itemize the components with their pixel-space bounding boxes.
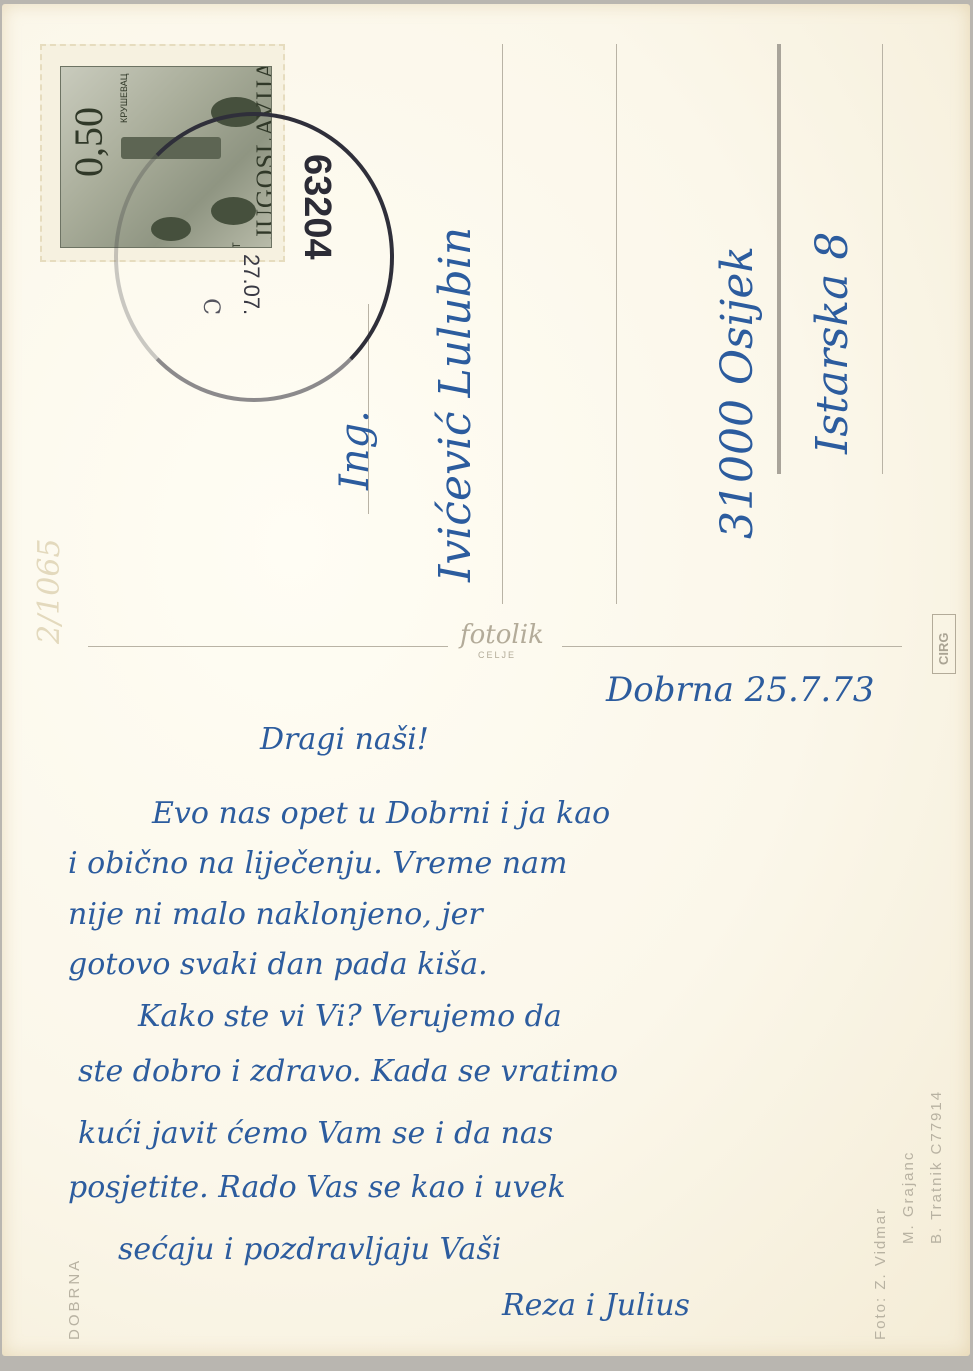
- message-line: nije ni malo naklonjeno, jer: [68, 897, 483, 932]
- address-rule: [882, 44, 883, 474]
- message-line: Evo nas opet u Dobrni i ja kao: [152, 796, 610, 831]
- address-line-1: Ing.: [332, 410, 378, 490]
- message-line: i obično na liječenju. Vreme nam: [68, 846, 567, 881]
- stamp-city: КРУШЕВАЦ: [119, 74, 129, 123]
- divider-line: [88, 646, 448, 647]
- message-line: Kako ste vi Vi? Verujemo da: [138, 999, 562, 1034]
- address-rule: [616, 44, 617, 604]
- address-line-3: 31000 Osijek: [712, 246, 763, 539]
- message-line: posjetite. Rado Vas se kao i uvek: [68, 1170, 566, 1205]
- postmark-partial: C: [198, 298, 223, 315]
- cirg-badge: CIRG: [932, 614, 956, 674]
- pencil-note: 2/1065: [32, 538, 67, 644]
- address-rule: [502, 44, 503, 604]
- stamp-value: 0,50: [65, 107, 112, 177]
- postmark-code: 63204: [295, 154, 338, 260]
- place-caption: DOBRNA: [66, 1258, 83, 1340]
- signature: Reza i Julius: [502, 1288, 690, 1323]
- postcard-back: 0,50 КРУШЕВАЦ JUGOSLAVIJA PTT 63204 27.0…: [2, 4, 970, 1356]
- message-line: sećaju i pozdravljaju Vaši: [118, 1232, 501, 1267]
- address-line-4: Istarska 8: [807, 232, 858, 454]
- photo-credit: B. Tratnik C77914: [928, 1090, 945, 1244]
- address-line-2: Ivićević Lulubin: [430, 227, 481, 582]
- message-line: ste dobro i zdravo. Kada se vratimo: [78, 1054, 618, 1089]
- message-line: kući javit ćemo Vam se i da nas: [78, 1116, 553, 1151]
- publisher-city: CELJE: [460, 650, 544, 660]
- greeting: Dragi naši!: [260, 722, 429, 757]
- place-date: Dobrna 25.7.73: [606, 670, 875, 710]
- address-rule-bold: [777, 44, 781, 474]
- message-line: gotovo svaki dan pada kiša.: [68, 947, 488, 982]
- publisher-logo: fotolik CELJE: [460, 620, 544, 660]
- photo-credit: Foto: Z. Vidmar: [872, 1207, 889, 1340]
- postmark-date: 27.07.: [238, 254, 264, 315]
- photo-credit: M. Grajanc: [900, 1151, 917, 1244]
- divider-line: [562, 646, 902, 647]
